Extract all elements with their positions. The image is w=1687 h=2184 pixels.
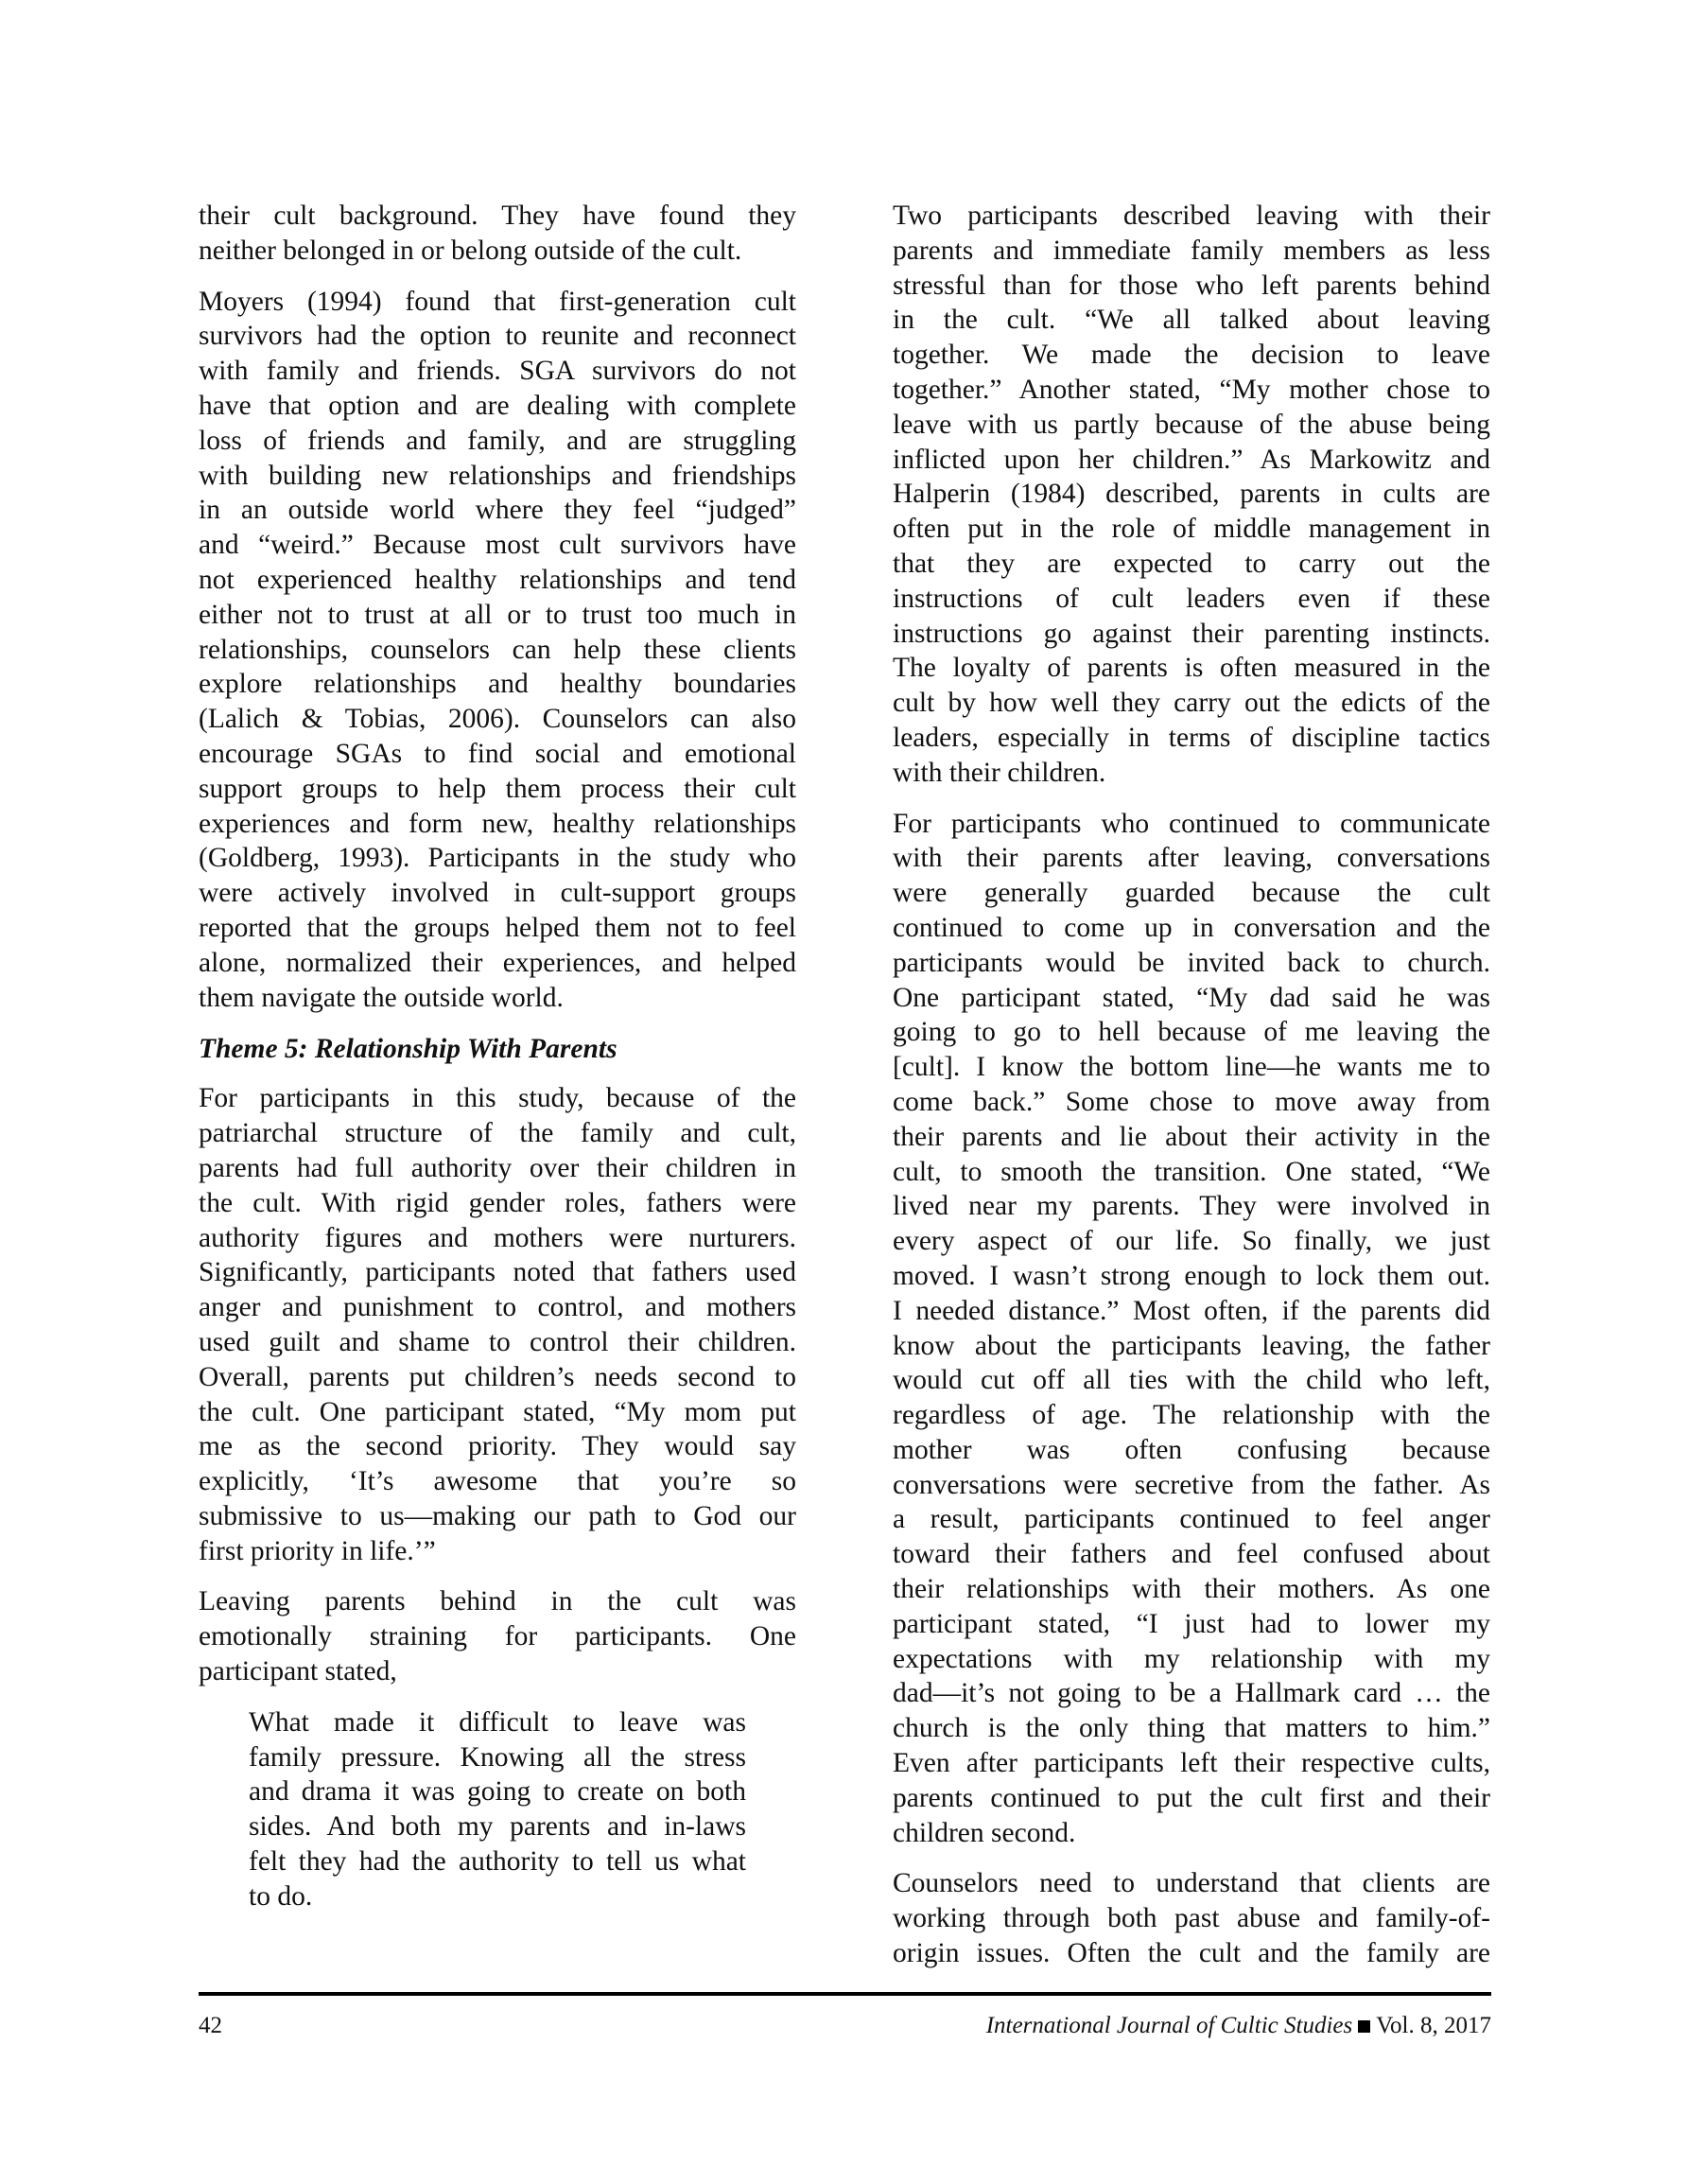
text-line: parents continued to put the cult first …	[893, 1781, 1490, 1816]
text-line: and drama it was going to create on both	[249, 1774, 746, 1809]
text-line: cult, to smooth the transition. One stat…	[893, 1155, 1490, 1190]
text-line: One participant stated, “My dad said he …	[893, 981, 1490, 1016]
text-line: leave with us partly because of the abus…	[893, 408, 1490, 443]
text-line: with their children.	[893, 756, 1490, 791]
text-line: family pressure. Knowing all the stress	[249, 1740, 746, 1775]
text-line: alone, normalized their experiences, and…	[199, 946, 796, 981]
text-line: to do.	[249, 1879, 746, 1914]
text-line: survivors had the option to reunite and …	[199, 319, 796, 354]
text-line: and “weird.” Because most cult survivors…	[199, 528, 796, 563]
text-line: dad—it’s not going to be a Hallmark card…	[893, 1676, 1490, 1711]
text-line: For participants who continued to commun…	[893, 807, 1490, 842]
text-line: first priority in life.’”	[199, 1534, 796, 1569]
volume-year: Vol. 8, 2017	[1376, 2013, 1491, 2038]
right-column: Two participants described leaving with …	[893, 199, 1490, 1987]
text-line: instructions of cult leaders even if the…	[893, 582, 1490, 617]
text-line: submissive to us—making our path to God …	[199, 1499, 796, 1534]
text-line: used guilt and shame to control their ch…	[199, 1325, 796, 1360]
text-line: relationships, counselors can help these…	[199, 633, 796, 668]
text-line: encourage SGAs to find social and emotio…	[199, 737, 796, 772]
footer-rule	[199, 1992, 1491, 1996]
paragraph: Counselors need to understand that clien…	[893, 1866, 1490, 1970]
text-line: leaders, especially in terms of discipli…	[893, 721, 1490, 756]
text-line: inflicted upon her children.” As Markowi…	[893, 443, 1490, 478]
text-line: Two participants described leaving with …	[893, 199, 1490, 234]
text-line: felt they had the authority to tell us w…	[249, 1844, 746, 1879]
paragraph: Leaving parents behind in the cult wasem…	[199, 1584, 796, 1688]
text-line: with family and friends. SGA survivors d…	[199, 354, 796, 389]
text-line: moved. I wasn’t strong enough to lock th…	[893, 1259, 1490, 1294]
text-line: neither belonged in or belong outside of…	[199, 234, 796, 269]
text-line: experiences and form new, healthy relati…	[199, 807, 796, 842]
text-line: lived near my parents. They were involve…	[893, 1189, 1490, 1224]
text-line: regardless of age. The relationship with…	[893, 1398, 1490, 1433]
text-line: sides. And both my parents and in-laws	[249, 1809, 746, 1844]
text-line: Significantly, participants noted that f…	[199, 1255, 796, 1290]
text-line: support groups to help them process thei…	[199, 772, 796, 807]
text-line: cult by how well they carry out the edic…	[893, 686, 1490, 721]
text-line: their relationships with their mothers. …	[893, 1572, 1490, 1607]
text-line: emotionally straining for participants. …	[199, 1619, 796, 1654]
black-square-icon	[1358, 2020, 1370, 2033]
text-line: toward their fathers and feel confused a…	[893, 1537, 1490, 1572]
paragraph: Moyers (1994) found that first-generatio…	[199, 285, 796, 1016]
text-line: participant stated,	[199, 1654, 796, 1689]
text-line: conversations were secretive from the fa…	[893, 1468, 1490, 1503]
text-line: Counselors need to understand that clien…	[893, 1866, 1490, 1901]
text-line: parents had full authority over their ch…	[199, 1151, 796, 1186]
text-line: reported that the groups helped them not…	[199, 911, 796, 946]
text-line: anger and punishment to control, and mot…	[199, 1290, 796, 1325]
paragraph: For participants in this study, because …	[199, 1081, 796, 1568]
text-line: authority figures and mothers were nurtu…	[199, 1221, 796, 1256]
text-line: either not to trust at all or to trust t…	[199, 598, 796, 633]
text-line: know about the participants leaving, the…	[893, 1329, 1490, 1364]
text-line: Even after participants left their respe…	[893, 1746, 1490, 1781]
text-line: Halperin (1984) described, parents in cu…	[893, 477, 1490, 512]
paragraph: Two participants described leaving with …	[893, 199, 1490, 791]
text-line: expectations with my relationship with m…	[893, 1642, 1490, 1677]
section-heading: Theme 5: Relationship With Parents	[199, 1031, 796, 1067]
text-line: The loyalty of parents is often measured…	[893, 651, 1490, 686]
text-line: working through both past abuse and fami…	[893, 1901, 1490, 1936]
text-line: me as the second priority. They would sa…	[199, 1429, 796, 1464]
text-line: that they are expected to carry out the	[893, 547, 1490, 582]
text-line: with building new relationships and frie…	[199, 459, 796, 494]
text-line: a result, participants continued to feel…	[893, 1502, 1490, 1537]
text-line: were generally guarded because the cult	[893, 876, 1490, 911]
block-quote: What made it difficult to leave wasfamil…	[249, 1705, 746, 1914]
paragraph: For participants who continued to commun…	[893, 807, 1490, 1851]
text-line: the cult. With rigid gender roles, fathe…	[199, 1186, 796, 1221]
text-line: parents and immediate family members as …	[893, 234, 1490, 269]
text-line: church is the only thing that matters to…	[893, 1711, 1490, 1746]
text-line: were actively involved in cult-support g…	[199, 876, 796, 911]
text-line: their parents and lie about their activi…	[893, 1120, 1490, 1155]
text-line: children second.	[893, 1816, 1490, 1851]
text-line: instructions go against their parenting …	[893, 617, 1490, 652]
text-line: For participants in this study, because …	[199, 1081, 796, 1116]
document-page: their cult background. They have found t…	[0, 0, 1687, 2184]
text-line: participant stated, “I just had to lower…	[893, 1607, 1490, 1642]
text-line: their cult background. They have found t…	[199, 199, 796, 234]
text-line: them navigate the outside world.	[199, 981, 796, 1016]
page-number: 42	[199, 2013, 222, 2039]
text-line: together.” Another stated, “My mother ch…	[893, 373, 1490, 408]
text-line: (Lalich & Tobias, 2006). Counselors can …	[199, 702, 796, 737]
text-line: going to go to hell because of me leavin…	[893, 1015, 1490, 1050]
text-line: every aspect of our life. So finally, we…	[893, 1224, 1490, 1259]
text-line: come back.” Some chose to move away from	[893, 1085, 1490, 1120]
text-line: together. We made the decision to leave	[893, 338, 1490, 373]
text-line: What made it difficult to leave was	[249, 1705, 746, 1740]
text-line: (Goldberg, 1993). Participants in the st…	[199, 841, 796, 876]
text-line: with their parents after leaving, conver…	[893, 841, 1490, 876]
text-line: Overall, parents put children’s needs se…	[199, 1360, 796, 1395]
page-footer: 42 International Journal of Cultic Studi…	[199, 2013, 1491, 2045]
text-line: often put in the role of middle manageme…	[893, 512, 1490, 547]
text-line: participants would be invited back to ch…	[893, 946, 1490, 981]
journal-citation: International Journal of Cultic StudiesV…	[986, 2013, 1491, 2039]
text-line: not experienced healthy relationships an…	[199, 563, 796, 598]
text-line: continued to come up in conversation and…	[893, 911, 1490, 946]
text-line: loss of friends and family, and are stru…	[199, 424, 796, 459]
text-line: I needed distance.” Most often, if the p…	[893, 1294, 1490, 1329]
paragraph: their cult background. They have found t…	[199, 199, 796, 269]
text-line: in an outside world where they feel “jud…	[199, 493, 796, 528]
text-line: have that option and are dealing with co…	[199, 389, 796, 424]
text-line: Leaving parents behind in the cult was	[199, 1584, 796, 1619]
journal-name: International Journal of Cultic Studies	[986, 2013, 1352, 2038]
text-line: in the cult. “We all talked about leavin…	[893, 303, 1490, 338]
text-line: would cut off all ties with the child wh…	[893, 1363, 1490, 1398]
text-line: [cult]. I know the bottom line—he wants …	[893, 1050, 1490, 1085]
text-line: the cult. One participant stated, “My mo…	[199, 1395, 796, 1430]
text-line: explore relationships and healthy bounda…	[199, 667, 796, 702]
text-line: explicitly, ‘It’s awesome that you’re so	[199, 1464, 796, 1499]
text-line: Moyers (1994) found that first-generatio…	[199, 285, 796, 320]
text-line: stressful than for those who left parent…	[893, 269, 1490, 304]
text-line: mother was often confusing because	[893, 1433, 1490, 1468]
text-line: patriarchal structure of the family and …	[199, 1116, 796, 1151]
text-line: origin issues. Often the cult and the fa…	[893, 1936, 1490, 1971]
left-column: their cult background. They have found t…	[199, 199, 796, 1914]
